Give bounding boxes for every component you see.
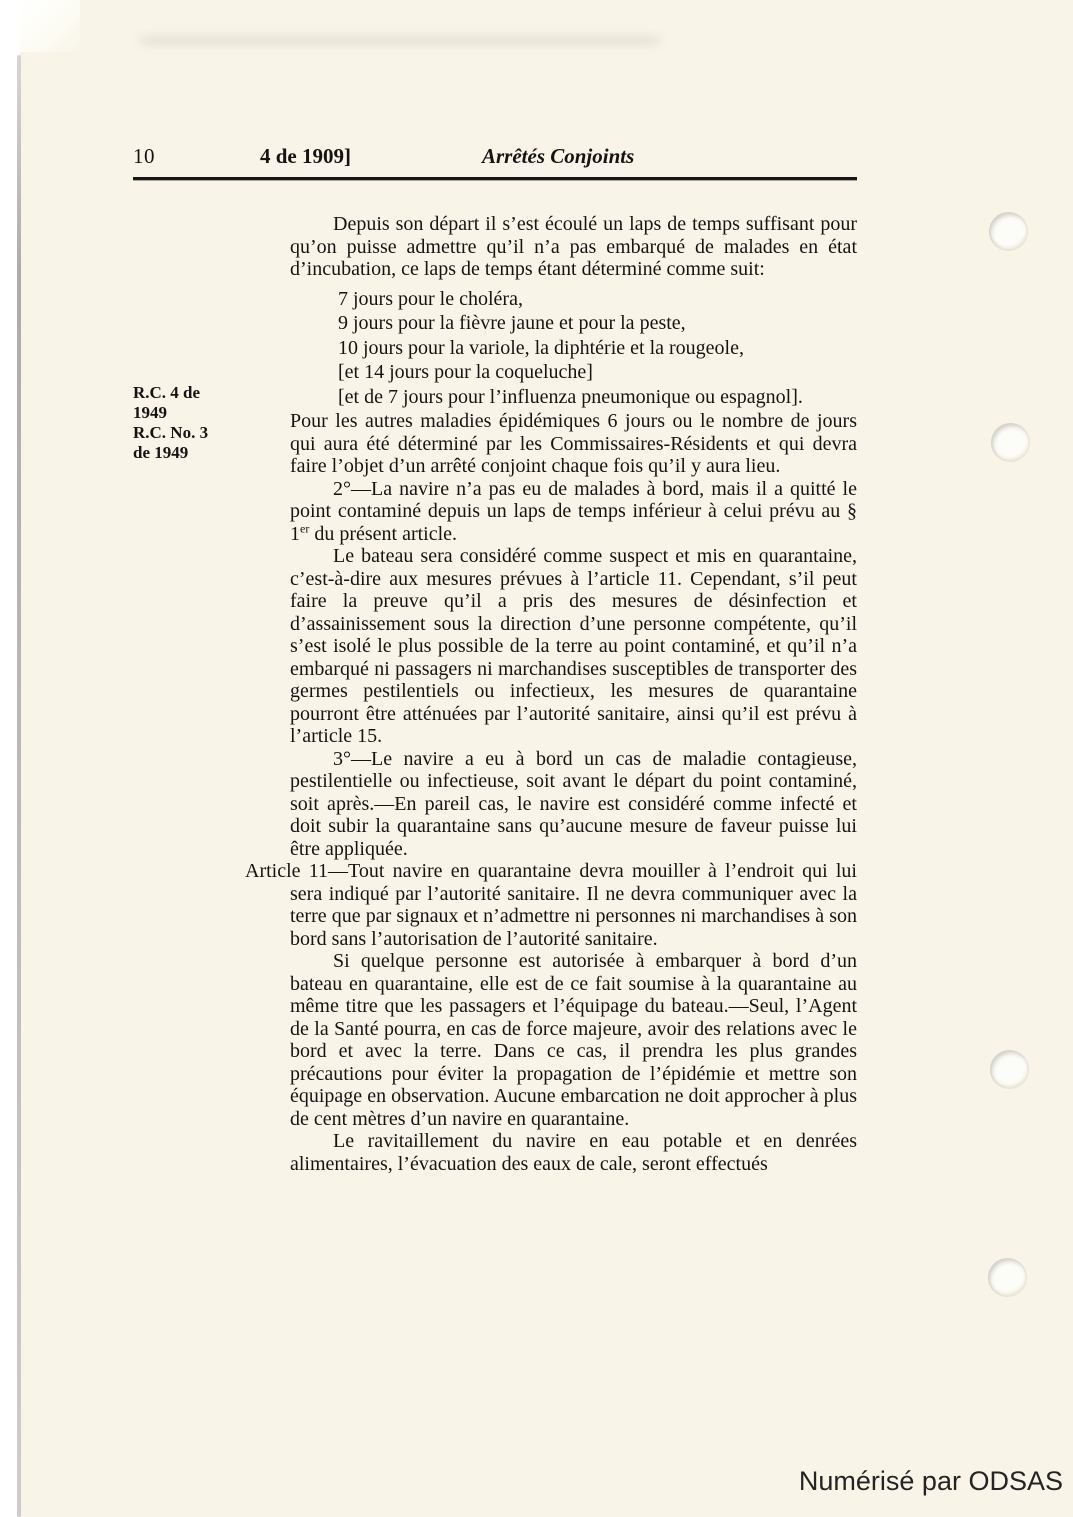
header-rule [133, 177, 857, 180]
paper-corner-highlight [20, 0, 80, 52]
punch-hole [988, 1258, 1027, 1297]
punch-hole [990, 1050, 1029, 1089]
list-item: [et 14 jours pour la coqueluche] [338, 361, 857, 384]
scanned-document-page: 10 4 de 1909] Arrêtés Conjoints R.C. 4 d… [0, 0, 1073, 1517]
page-header: 10 4 de 1909] Arrêtés Conjoints [0, 144, 1073, 174]
para-case-3: 3°—Le navire a eu à bord un cas de malad… [290, 748, 857, 861]
margin-note: R.C. 4 de 1949 R.C. No. 3 de 1949 [133, 383, 253, 463]
page-body: R.C. 4 de 1949 R.C. No. 3 de 1949 Depuis… [133, 213, 857, 1175]
para-article-11: Article 11—Tout navire en quarantaine de… [245, 860, 857, 950]
list-item: 7 jours pour le choléra, [338, 288, 857, 311]
incubation-period-list: 7 jours pour le choléra, 9 jours pour la… [338, 288, 857, 409]
para-case-2: 2°—La navire n’a pas eu de malades à bor… [290, 478, 857, 546]
ordinal-superscript: er [300, 521, 309, 535]
page-edge-line [17, 55, 21, 1517]
scan-credit: Numérisé par ODSAS [799, 1466, 1063, 1497]
page-title: Arrêtés Conjoints [482, 144, 634, 169]
margin-note-line: R.C. No. 3 [133, 423, 253, 443]
header-citation: 4 de 1909] [260, 144, 351, 169]
page-number: 10 [133, 144, 155, 169]
punch-hole [989, 212, 1028, 251]
para-resupply: Le ravitaillement du navire en eau potab… [290, 1130, 857, 1175]
margin-note-line: 1949 [133, 403, 253, 423]
para-embarking: Si quelque personne est autorisée à emba… [290, 950, 857, 1130]
scan-shadow-smudge [140, 36, 660, 45]
margin-note-line: de 1949 [133, 443, 253, 463]
list-item: 9 jours pour la fièvre jaune et pour la … [338, 312, 857, 335]
article-11-text: Tout navire en quarantaine devra mouille… [290, 860, 857, 950]
list-item: [et de 7 jours pour l’influenza pneumoni… [338, 386, 857, 409]
para-other-diseases: Pour les autres maladies épidémiques 6 j… [290, 410, 857, 478]
article-11-label: Article 11— [245, 860, 348, 882]
punch-hole [991, 423, 1030, 462]
para-intro: Depuis son départ il s’est écoulé un lap… [290, 213, 857, 281]
para-case-2-end: du présent article. [309, 523, 457, 545]
margin-note-line: R.C. 4 de [133, 383, 253, 403]
para-suspect-ship: Le bateau sera considéré comme suspect e… [290, 545, 857, 748]
list-item: 10 jours pour la variole, la diphtérie e… [338, 337, 857, 360]
